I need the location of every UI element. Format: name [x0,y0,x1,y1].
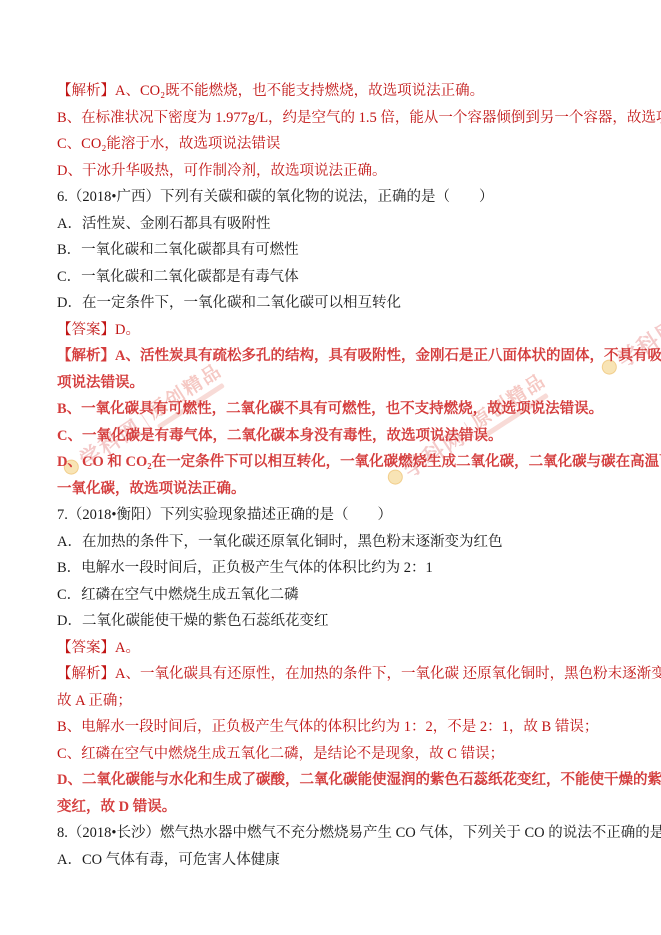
q5-analysis-a: 【解析】A、CO₂既不能燃烧，也不能支持燃烧，故选项说法正确。 [57,78,621,105]
q6-analysis-d-2: 一氧化碳，故选项说法正确。 [57,476,621,503]
q7-analysis-c: C、红磷在空气中燃烧生成五氧化二磷，是结论不是现象，故 C 错误； [57,741,621,768]
q6-answer: 【答案】D。 [57,317,621,344]
q7-option-b: B．电解水一段时间后，正负极产生气体的体积比约为 2：1 [57,555,621,582]
q8-stem: 8.（2018•长沙）燃气热水器中燃气不充分燃烧易产生 CO 气体，下列关于 C… [57,820,621,847]
q7-answer: 【答案】A。 [57,635,621,662]
q7-option-c: C．红磷在空气中燃烧生成五氧化二磷 [57,582,621,609]
q6-analysis-a-2: 项说法错误。 [57,370,621,397]
q5-analysis-c: C、CO₂能溶于水，故选项说法错误 [57,131,621,158]
q6-option-d: D．在一定条件下，一氧化碳和二氧化碳可以相互转化 [57,290,621,317]
q6-analysis-c: C、一氧化碳是有毒气体，二氧化碳本身没有毒性，故选项说法错误。 [57,423,621,450]
q7-stem: 7.（2018•衡阳）下列实验现象描述正确的是（ ） [57,502,621,529]
q6-option-c: C．一氧化碳和二氧化碳都是有毒气体 [57,264,621,291]
q7-analysis-d-2: 变红，故 D 错误。 [57,794,621,821]
q5-analysis-b: B、在标准状况下密度为 1.977g/L，约是空气的 1.5 倍，能从一个容器倾… [57,105,621,132]
q7-option-a: A．在加热的条件下，一氧化碳还原氧化铜时，黑色粉末逐渐变为红色 [57,529,621,556]
q6-stem: 6.（2018•广西）下列有关碳和碳的氧化物的说法，正确的是（ ） [57,184,621,211]
q7-analysis-a-2: 故 A 正确； [57,688,621,715]
q7-analysis-d-1: D、二氧化碳能与水化和生成了碳酸，二氧化碳能使湿润的紫色石蕊纸花变红，不能使干燥… [57,767,621,794]
q6-option-b: B．一氧化碳和二氧化碳都具有可燃性 [57,237,621,264]
q6-analysis-b: B、一氧化碳具有可燃性，二氧化碳不具有可燃性，也不支持燃烧，故选项说法错误。 [57,396,621,423]
q8-option-a: A．CO 气体有毒，可危害人体健康 [57,847,621,874]
q7-option-d: D．二氧化碳能使干燥的紫色石蕊纸花变红 [57,608,621,635]
q5-analysis-d: D、干冰升华吸热，可作制冷剂，故选项说法正确。 [57,158,621,185]
q7-analysis-a-1: 【解析】A、一氧化碳具有还原性，在加热的条件下，一氧化碳 还原氧化铜时，黑色粉末… [57,661,621,688]
document-lines: 【解析】A、CO₂既不能燃烧，也不能支持燃烧，故选项说法正确。B、在标准状况下密… [0,0,661,873]
q7-analysis-b: B、电解水一段时间后，正负极产生气体的体积比约为 1：2，不是 2：1，故 B … [57,714,621,741]
q6-analysis-d-1: D、CO 和 CO₂在一定条件下可以相互转化，一氧化碳燃烧生成二氧化碳，二氧化碳… [57,449,621,476]
q6-option-a: A．活性炭、金刚石都具有吸附性 [57,211,621,238]
q6-analysis-a-1: 【解析】A、活性炭具有疏松多孔的结构，具有吸附性，金刚石是正八面体状的固体，不具… [57,343,621,370]
document-page: 学科网 | 原创精品 学科网 | 原创精品 学科网 | 原创精品 【解析】A、C… [0,0,661,935]
